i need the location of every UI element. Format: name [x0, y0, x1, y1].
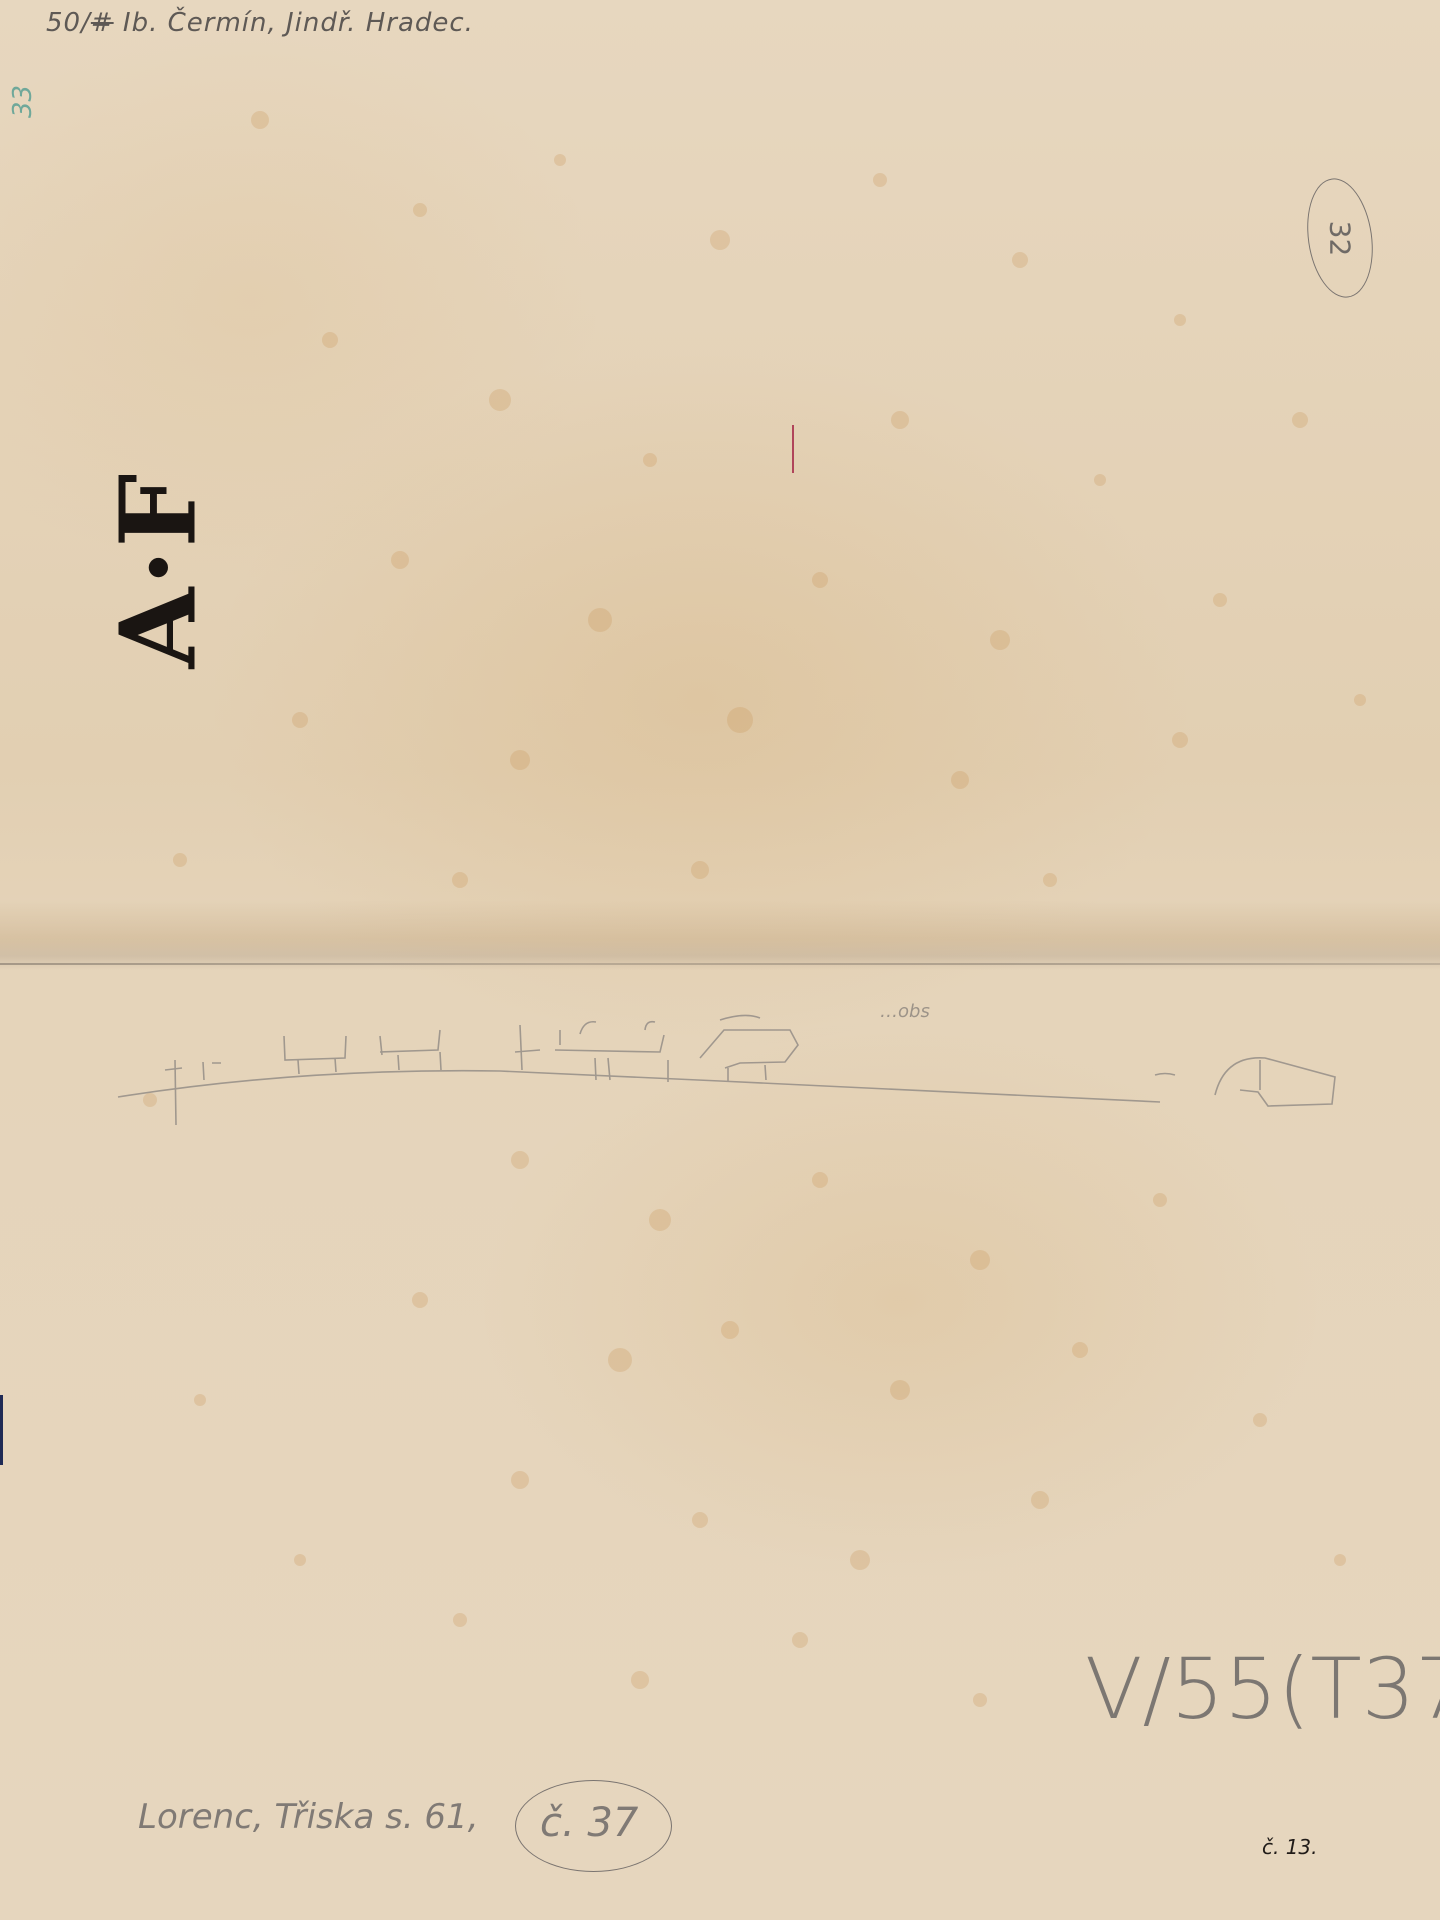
sketch-caption: …obs [880, 1001, 930, 1022]
document-sheet: 50/# Ib. Čermín, Jindř. Hradec. 33 32 A·… [0, 0, 1440, 1920]
item-number: č. 13. [1262, 1835, 1318, 1859]
circled-reference: č. 37 [540, 1800, 638, 1846]
catalog-number: V/55(T37) [1085, 1640, 1440, 1738]
edge-tab-mark [0, 1395, 3, 1465]
bottom-note: Lorenc, Třiska s. 61, [138, 1797, 479, 1837]
pencil-sketch-buildings: …obs [0, 0, 1440, 1920]
